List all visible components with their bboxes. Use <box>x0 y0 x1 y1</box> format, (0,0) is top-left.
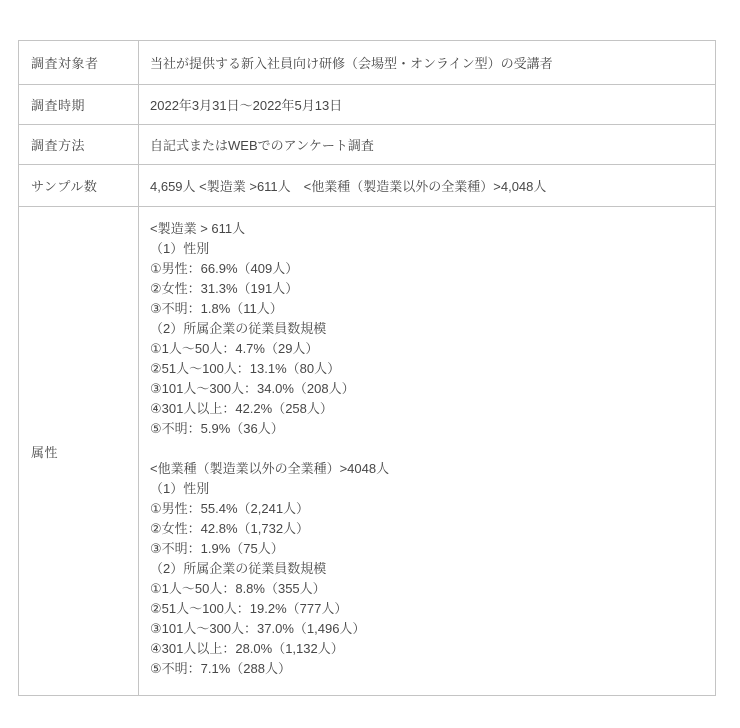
attribute-line: ③101人～300人：34.0%（208人） <box>150 379 703 399</box>
table-row-survey-method: 調査方法 自記式またはWEBでのアンケート調査 <box>19 125 716 165</box>
attribute-line: ①男性：55.4%（2,241人） <box>150 499 703 519</box>
row-label-attributes: 属性 <box>19 207 139 696</box>
attribute-line: ①男性：66.9%（409人） <box>150 259 703 279</box>
attribute-line-gender-header-2: （1）性別 <box>150 479 703 499</box>
attribute-line: ②女性：31.3%（191人） <box>150 279 703 299</box>
attribute-line: ⑤不明：5.9%（36人） <box>150 419 703 439</box>
attribute-line-company-size-header-2: （2）所属企業の従業員数規模 <box>150 559 703 579</box>
row-label-survey-target: 調査対象者 <box>19 41 139 85</box>
table-row-sample-size: サンプル数 4,659人 <製造業 >611人 <他業種（製造業以外の全業種）>… <box>19 165 716 207</box>
attribute-line: ③101人～300人：37.0%（1,496人） <box>150 619 703 639</box>
attribute-line-other-industries-header: <他業種（製造業以外の全業種）>4048人 <box>150 459 703 479</box>
attribute-line: ⑤不明：7.1%（288人） <box>150 659 703 679</box>
row-value-survey-target: 当社が提供する新入社員向け研修（会場型・オンライン型）の受講者 <box>139 41 716 85</box>
attribute-line: ②51人～100人：13.1%（80人） <box>150 359 703 379</box>
row-value-survey-method: 自記式またはWEBでのアンケート調査 <box>139 125 716 165</box>
table-row-attributes: 属性 <製造業 > 611人 （1）性別 ①男性：66.9%（409人） ②女性… <box>19 207 716 696</box>
survey-info-table: 調査対象者 当社が提供する新入社員向け研修（会場型・オンライン型）の受講者 調査… <box>18 40 716 696</box>
attribute-line: ③不明：1.9%（75人） <box>150 539 703 559</box>
attribute-line: ④301人以上：42.2%（258人） <box>150 399 703 419</box>
row-label-survey-method: 調査方法 <box>19 125 139 165</box>
attribute-line: ④301人以上：28.0%（1,132人） <box>150 639 703 659</box>
attribute-line-company-size-header-1: （2）所属企業の従業員数規模 <box>150 319 703 339</box>
attribute-line-blank-separator <box>150 439 703 459</box>
attribute-line-gender-header-1: （1）性別 <box>150 239 703 259</box>
table-row-survey-period: 調査時期 2022年3月31日～2022年5月13日 <box>19 85 716 125</box>
row-value-attributes: <製造業 > 611人 （1）性別 ①男性：66.9%（409人） ②女性：31… <box>139 207 716 696</box>
attribute-line-manufacturing-header: <製造業 > 611人 <box>150 219 703 239</box>
attribute-line: ②女性：42.8%（1,732人） <box>150 519 703 539</box>
row-value-sample-size: 4,659人 <製造業 >611人 <他業種（製造業以外の全業種）>4,048人 <box>139 165 716 207</box>
attribute-line: ①1人～50人：4.7%（29人） <box>150 339 703 359</box>
row-label-survey-period: 調査時期 <box>19 85 139 125</box>
row-value-survey-period: 2022年3月31日～2022年5月13日 <box>139 85 716 125</box>
row-label-sample-size: サンプル数 <box>19 165 139 207</box>
attribute-line: ①1人～50人：8.8%（355人） <box>150 579 703 599</box>
attribute-line: ②51人～100人：19.2%（777人） <box>150 599 703 619</box>
table-row-survey-target: 調査対象者 当社が提供する新入社員向け研修（会場型・オンライン型）の受講者 <box>19 41 716 85</box>
attribute-line: ③不明：1.8%（11人） <box>150 299 703 319</box>
